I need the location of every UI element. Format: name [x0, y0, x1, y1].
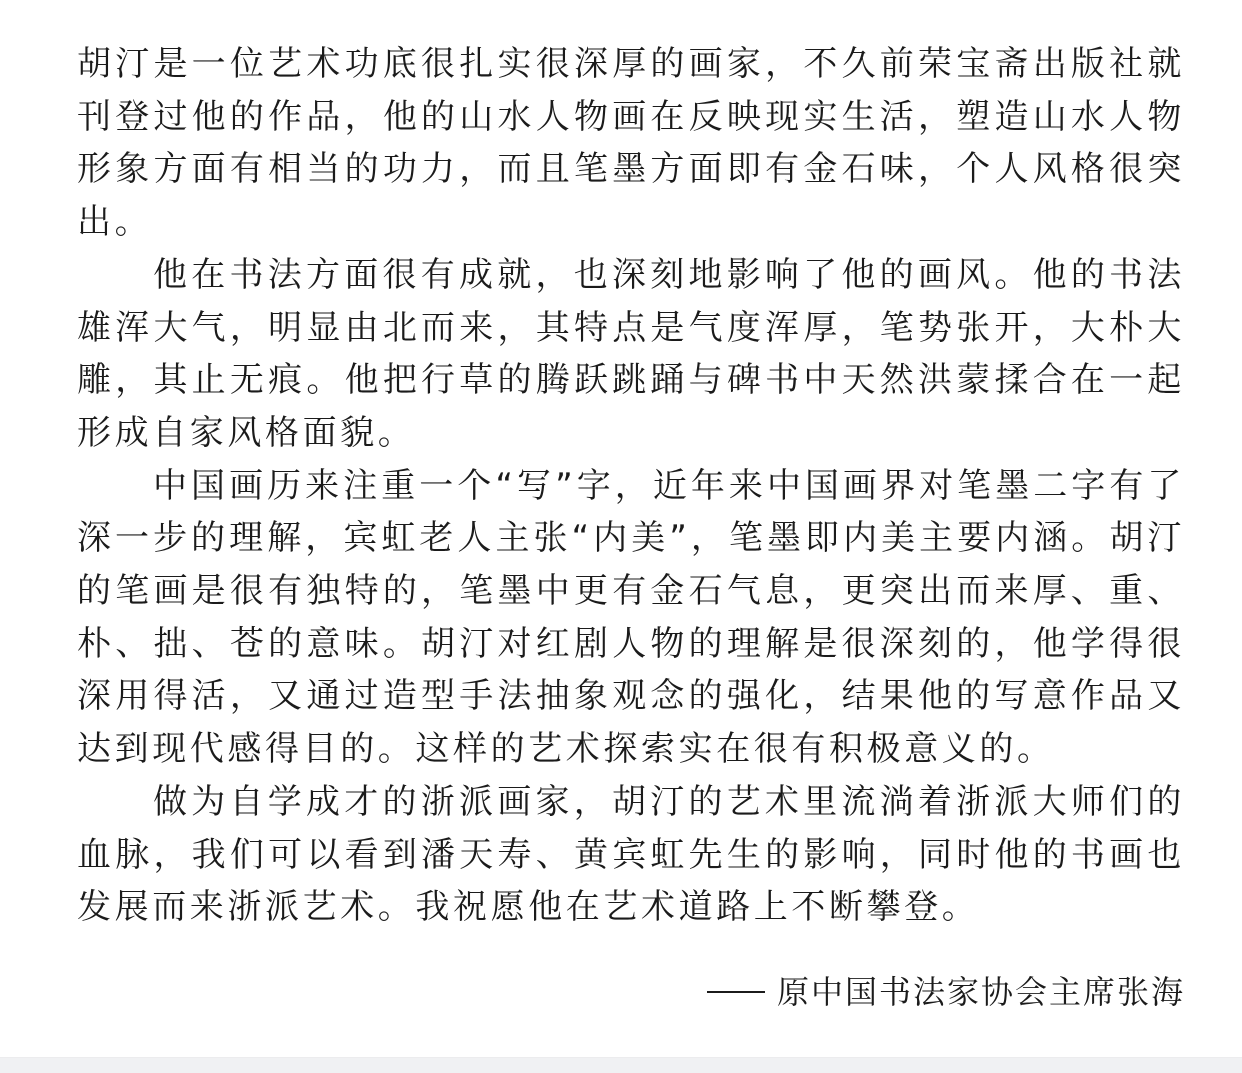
author-signature: 原中国书法家协会主席张海 — [640, 966, 1185, 1018]
article-body: 胡汀是一位艺术功底很扎实很深厚的画家，不久前荣宝斋出版社就刊登过他的作品，他的山… — [77, 38, 1185, 934]
paragraph-2: 他在书法方面很有成就，也深刻地影响了他的画风。他的书法雄浑大气，明显由北而来，其… — [77, 249, 1185, 460]
paragraph-1: 胡汀是一位艺术功底很扎实很深厚的画家，不久前荣宝斋出版社就刊登过他的作品，他的山… — [77, 38, 1185, 249]
signature-text: 原中国书法家协会主席张海 — [777, 973, 1185, 1011]
paragraph-3: 中国画历来注重一个“写”字，近年来中国画界对笔墨二字有了深一步的理解，宾虹老人主… — [77, 460, 1185, 776]
paragraph-4: 做为自学成才的浙派画家，胡汀的艺术里流淌着浙派大师们的血脉，我们可以看到潘天寿、… — [77, 776, 1185, 934]
document-page: 胡汀是一位艺术功底很扎实很深厚的画家，不久前荣宝斋出版社就刊登过他的作品，他的山… — [0, 0, 1242, 1057]
bottom-strip — [0, 1057, 1242, 1073]
em-dash-line — [707, 991, 765, 993]
